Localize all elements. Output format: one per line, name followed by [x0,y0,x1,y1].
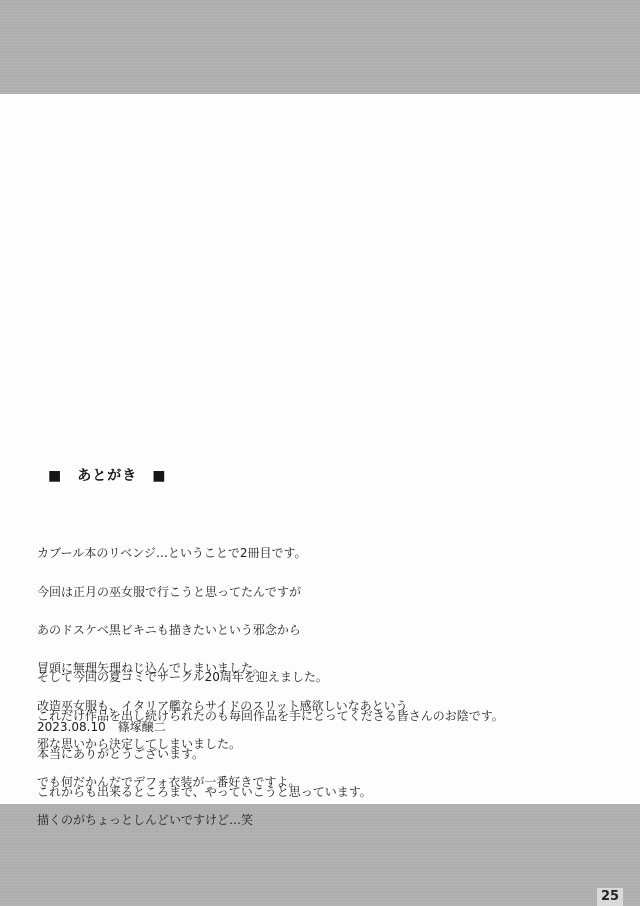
afterword-line: 本当にありがとうございます。 [37,748,504,761]
afterword-line: 今回は正月の巫女服で行こうと思ってたんですが [37,586,408,599]
afterword-line: これからも出来るところまで、やっていこうと思っています。 [37,786,504,799]
signature-date: 2023.08.10 篠塚醸二 [37,718,166,735]
afterword-heading: ■ あとがき ■ [48,465,166,485]
afterword-line: あのドスケベ黒ビキニも描きたいという邪念から [37,624,408,637]
scan-background: ■ あとがき ■ カブール本のリベンジ…ということで2冊目です。 今回は正月の巫… [0,0,640,906]
afterword-line: カブール本のリベンジ…ということで2冊目です。 [37,547,408,560]
afterword-line: そして今回の夏コミでサークル20周年を迎えました。 [37,671,504,684]
page-number: 25 [597,888,623,906]
document-page: ■ あとがき ■ カブール本のリベンジ…ということで2冊目です。 今回は正月の巫… [0,94,640,804]
